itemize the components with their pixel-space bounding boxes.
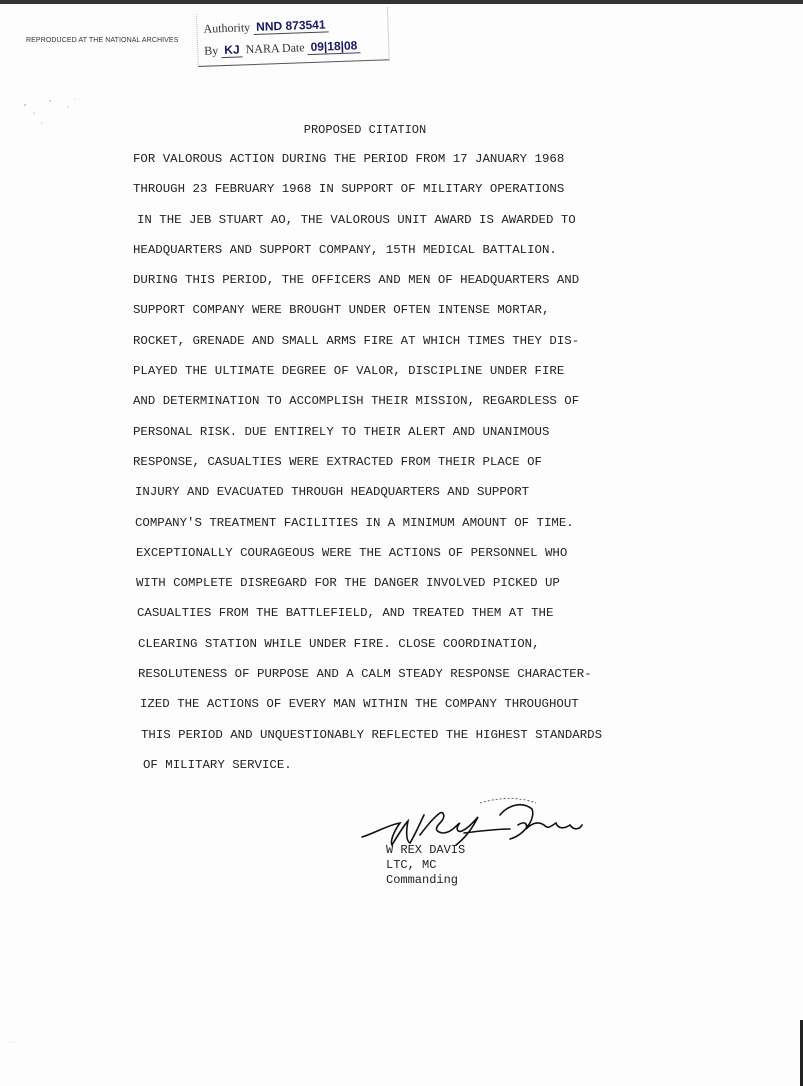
body-line: PLAYED THE ULTIMATE DEGREE OF VALOR, DIS… (133, 364, 653, 394)
citation-body: FOR VALOROUS ACTION DURING THE PERIOD FR… (133, 152, 653, 788)
body-line: SUPPORT COMPANY WERE BROUGHT UNDER OFTEN… (133, 303, 653, 333)
body-line: CLEARING STATION WHILE UNDER FIRE. CLOSE… (133, 637, 653, 667)
body-line: THROUGH 23 FEBRUARY 1968 IN SUPPORT OF M… (133, 182, 653, 212)
body-line: OF MILITARY SERVICE. (133, 758, 653, 788)
body-line: IN THE JEB STUART AO, THE VALOROUS UNIT … (133, 213, 653, 243)
by-value: KJ (221, 42, 243, 58)
body-line: INJURY AND EVACUATED THROUGH HEADQUARTER… (133, 485, 653, 515)
signer-role: Commanding (386, 873, 465, 888)
body-line: IZED THE ACTIONS OF EVERY MAN WITHIN THE… (133, 697, 653, 727)
signature-block: W REX DAVIS LTC, MC Commanding (386, 843, 465, 888)
date-value: 09|18|08 (307, 38, 360, 55)
body-line: FOR VALOROUS ACTION DURING THE PERIOD FR… (133, 152, 653, 182)
body-line: AND DETERMINATION TO ACCOMPLISH THEIR MI… (133, 394, 653, 424)
body-line: CASUALTIES FROM THE BATTLEFIELD, AND TRE… (133, 606, 653, 636)
nara-date-label: NARA Date (245, 40, 304, 56)
body-line: COMPANY'S TREATMENT FACILITIES IN A MINI… (133, 516, 653, 546)
body-line: PERSONAL RISK. DUE ENTIRELY TO THEIR ALE… (133, 425, 653, 455)
body-line: ROCKET, GRENADE AND SMALL ARMS FIRE AT W… (133, 334, 653, 364)
scan-artifact: · · · (10, 1040, 16, 1045)
declassification-stamp: Authority NND 873541 By KJ NARA Date 09|… (196, 7, 390, 67)
reproduction-notice: REPRODUCED AT THE NATIONAL ARCHIVES (26, 37, 178, 44)
body-line: RESOLUTENESS OF PURPOSE AND A CALM STEAD… (133, 667, 653, 697)
by-label: By (204, 43, 218, 57)
authority-label: Authority (203, 20, 250, 36)
stamp-by-row: By KJ NARA Date 09|18|08 (204, 38, 361, 58)
body-line: RESPONSE, CASUALTIES WERE EXTRACTED FROM… (133, 455, 653, 485)
scan-top-edge (0, 0, 803, 4)
document-page: REPRODUCED AT THE NATIONAL ARCHIVES Auth… (0, 0, 803, 1086)
authority-value: NND 873541 (253, 17, 329, 35)
body-line: WITH COMPLETE DISREGARD FOR THE DANGER I… (133, 576, 653, 606)
body-line: EXCEPTIONALLY COURAGEOUS WERE THE ACTION… (133, 546, 653, 576)
body-line: HEADQUARTERS AND SUPPORT COMPANY, 15TH M… (133, 243, 653, 273)
signer-name: W REX DAVIS (386, 843, 465, 858)
document-title: PROPOSED CITATION (0, 123, 730, 137)
body-line: DURING THIS PERIOD, THE OFFICERS AND MEN… (133, 273, 653, 303)
body-line: THIS PERIOD AND UNQUESTIONABLY REFLECTED… (133, 728, 653, 758)
stamp-authority-row: Authority NND 873541 (203, 17, 328, 36)
signer-rank: LTC, MC (386, 858, 465, 873)
